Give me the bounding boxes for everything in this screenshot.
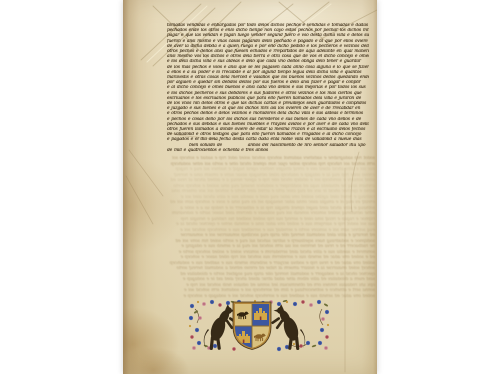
photograph-background: { "manuscript": { "lines": [ "tomadas ve… [0, 0, 500, 374]
text-line: e otros pechos dellos e delos vezinos e … [167, 111, 369, 116]
heraldic-shield [233, 302, 271, 350]
text-line: e pagados e el dia dela fecha desta cart… [167, 137, 369, 142]
illuminated-border [187, 299, 331, 352]
right-wolf-figure [271, 304, 305, 350]
text-line: pagar e que las vendan e fagan luego ven… [167, 33, 369, 38]
manuscript-page: tomadas vendidas e enbargadas por todo d… [123, 0, 377, 374]
showthrough-text-block: sodot rop sadagrabne e sadidnev sadamot … [161, 156, 375, 300]
text-line: e los dela dicha villa e sus aldeas e de… [167, 59, 369, 64]
text-line: de mill e quatrocientos e ochenta e tres… [167, 148, 369, 153]
main-text-block: tomadas vendidas e enbargadas por todo d… [167, 23, 369, 154]
text-line: e al dicho concejo e omes buenos e ansi … [167, 85, 369, 90]
